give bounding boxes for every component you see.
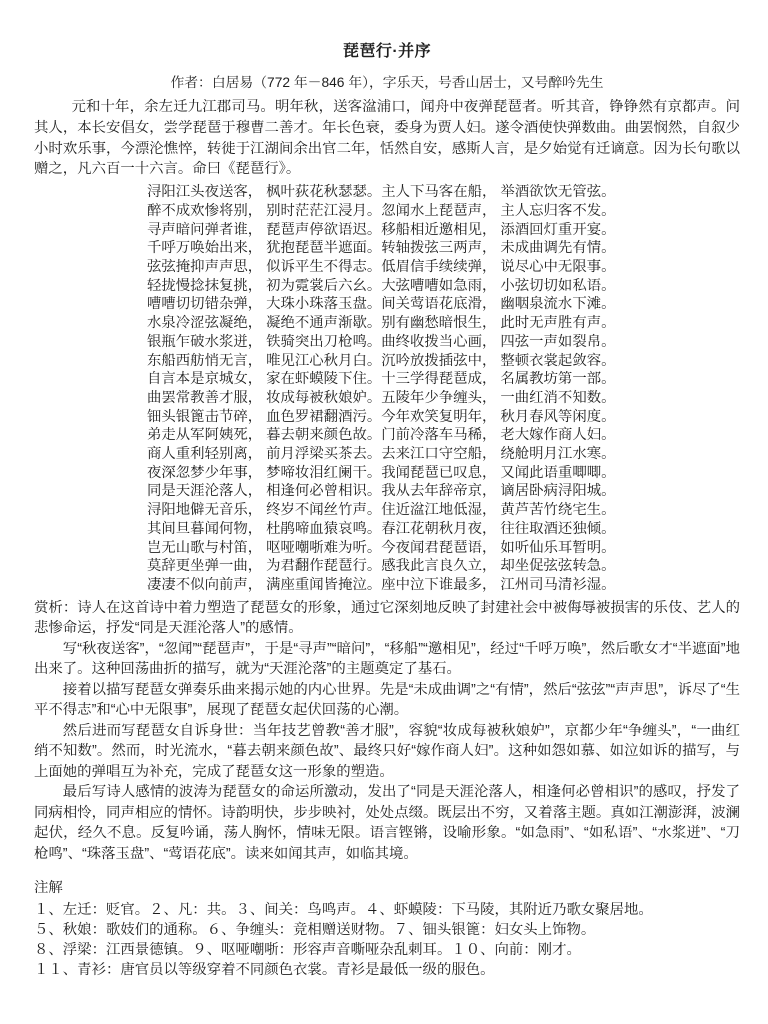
author-line: 作者：白居易（772 年－846 年），字乐天，号香山居士，又号醉吟先生 bbox=[34, 74, 740, 91]
poem-line: 醉不成欢惨将别， 别时茫茫江浸月。忽闻水上琵琶声， 主人忘归客不发。 bbox=[147, 202, 740, 221]
analysis-paragraph: 最后写诗人感情的波涛为琵琶女的命运所激动，发出了“同是天涯沦落人，相逢何必曾相识… bbox=[34, 782, 740, 864]
poem-line: 其间旦暮闻何物， 杜鹃啼血猿哀鸣。春江花朝秋月夜， 往往取酒还独倾。 bbox=[147, 520, 740, 539]
preface-paragraph: 元和十年，余左迁九江郡司马。明年秋，送客湓浦口，闻舟中夜弹琵琶者。听其音，铮铮然… bbox=[34, 97, 740, 180]
poem-line: 同是天涯沦落人， 相逢何必曾相识。我从去年辞帝京， 谪居卧病浔阳城。 bbox=[147, 482, 740, 501]
poem-line: 自言本是京城女， 家在虾蟆陵下住。十三学得琵琶成， 名属教坊第一部。 bbox=[147, 370, 740, 389]
poem-line: 水泉冷涩弦凝绝， 凝绝不通声渐歇。别有幽愁暗恨生， 此时无声胜有声。 bbox=[147, 314, 740, 333]
poem-line: 商人重利轻别离， 前月浮梁买茶去。去来江口守空船， 绕舱明月江水寒。 bbox=[147, 445, 740, 464]
page-title: 琵琶行·并序 bbox=[34, 42, 740, 62]
poem-line: 东船西舫悄无言， 唯见江心秋月白。沉吟放拨插弦中， 整顿衣裳起敛容。 bbox=[147, 352, 740, 371]
poem-line: 曲罢常教善才服， 妆成每被秋娘妒。五陵年少争缠头， 一曲红消不知数。 bbox=[147, 389, 740, 408]
poem-line: 莫辞更坐弹一曲， 为君翻作琵琶行。感我此言良久立， 却坐促弦弦转急。 bbox=[147, 557, 740, 576]
poem-line: 凄凄不似向前声， 满座重闻皆掩泣。座中泣下谁最多， 江州司马清衫湿。 bbox=[147, 576, 740, 595]
note-line: ８、浮梁：江西景德镇。９、呕哑嘲哳：形容声音嘶哑杂乱刺耳。１０、向前：刚才。 bbox=[34, 940, 740, 960]
note-line: １、左迁：贬官。２、凡：共。３、间关：鸟鸣声。４、虾蟆陵：下马陵，其附近乃歌女聚… bbox=[34, 900, 740, 920]
analysis-paragraph: 然后进而写琵琶女自诉身世：当年技艺曾教“善才服”，容貌“妆成每被秋娘妒”，京都少… bbox=[34, 721, 740, 783]
poem-line: 嘈嘈切切错杂弹， 大珠小珠落玉盘。间关莺语花底滑， 幽咽泉流水下滩。 bbox=[147, 295, 740, 314]
notes-heading: 注解 bbox=[34, 878, 740, 898]
poem-line: 弟走从军阿姨死， 暮去朝来颜色故。门前冷落车马稀， 老大嫁作商人妇。 bbox=[147, 426, 740, 445]
analysis-paragraph: 写“秋夜送客”，“忽闻”“琵琶声”，于是“寻声”“暗问”，“移船”“邀相见”，经… bbox=[34, 639, 740, 680]
poem-block: 浔阳江头夜送客， 枫叶荻花秋瑟瑟。主人下马客在船， 举酒欲饮无管弦。 醉不成欢惨… bbox=[147, 183, 740, 594]
document-page: 琵琶行·并序 作者：白居易（772 年－846 年），字乐天，号香山居士，又号醉… bbox=[0, 0, 768, 1024]
poem-line: 岂无山歌与村笛， 呕哑嘲哳难为听。今夜闻君琵琶语， 如听仙乐耳暂明。 bbox=[147, 539, 740, 558]
notes-section: 注解 １、左迁：贬官。２、凡：共。３、间关：鸟鸣声。４、虾蟆陵：下马陵，其附近乃… bbox=[34, 878, 740, 980]
poem-line: 轻拢慢捻抹复挑， 初为霓裳后六幺。大弦嘈嘈如急雨， 小弦切切如私语。 bbox=[147, 277, 740, 296]
analysis-paragraph: 接着以描写琵琶女弹奏乐曲来揭示她的内心世界。先是“未成曲调”之“有情”，然后“弦… bbox=[34, 680, 740, 721]
poem-line: 弦弦掩抑声声思， 似诉平生不得志。低眉信手续续弹， 说尽心中无限事。 bbox=[147, 258, 740, 277]
poem-line: 浔阳江头夜送客， 枫叶荻花秋瑟瑟。主人下马客在船， 举酒欲饮无管弦。 bbox=[147, 183, 740, 202]
poem-line: 寻声暗问弹者谁， 琵琶声停欲语迟。移船相近邀相见， 添酒回灯重开宴。 bbox=[147, 221, 740, 240]
analysis-paragraph: 赏析：诗人在这首诗中着力塑造了琵琶女的形象，通过它深刻地反映了封建社会中被侮辱被… bbox=[34, 598, 740, 639]
analysis-section: 赏析：诗人在这首诗中着力塑造了琵琶女的形象，通过它深刻地反映了封建社会中被侮辱被… bbox=[34, 598, 740, 865]
note-line: ５、秋娘：歌妓们的通称。６、争缠头：竞相赠送财物。７、钿头银篦：妇女头上饰物。 bbox=[34, 920, 740, 940]
poem-line: 钿头银篦击节碎， 血色罗裙翻酒污。今年欢笑复明年， 秋月春风等闲度。 bbox=[147, 408, 740, 427]
poem-line: 夜深忽梦少年事， 梦啼妆泪红阑干。我闻琵琶已叹息， 又闻此语重唧唧。 bbox=[147, 464, 740, 483]
poem-line: 浔阳地僻无音乐， 终岁不闻丝竹声。住近湓江地低湿， 黄芦苦竹绕宅生。 bbox=[147, 501, 740, 520]
poem-line: 银瓶乍破水浆迸， 铁骑突出刀枪鸣。曲终收拨当心画， 四弦一声如裂帛。 bbox=[147, 333, 740, 352]
poem-line: 千呼万唤始出来， 犹抱琵琶半遮面。转轴拨弦三两声， 未成曲调先有情。 bbox=[147, 239, 740, 258]
note-line: １１、青衫：唐官员以等级穿着不同颜色衣裳。青衫是最低一级的服色。 bbox=[34, 960, 740, 980]
